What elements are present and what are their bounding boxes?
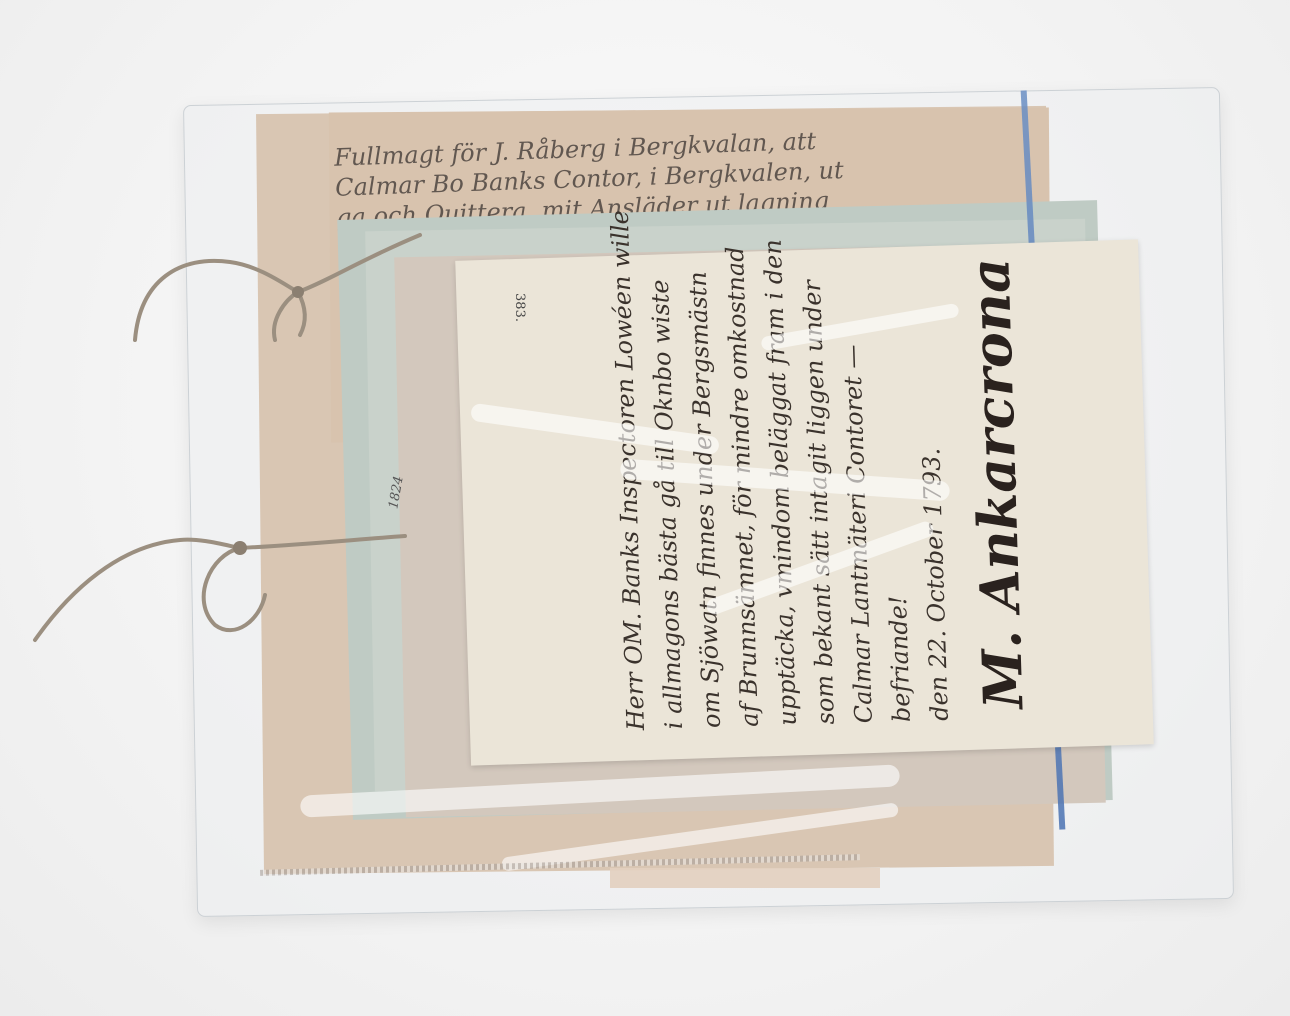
twine-icon bbox=[0, 0, 1290, 1016]
